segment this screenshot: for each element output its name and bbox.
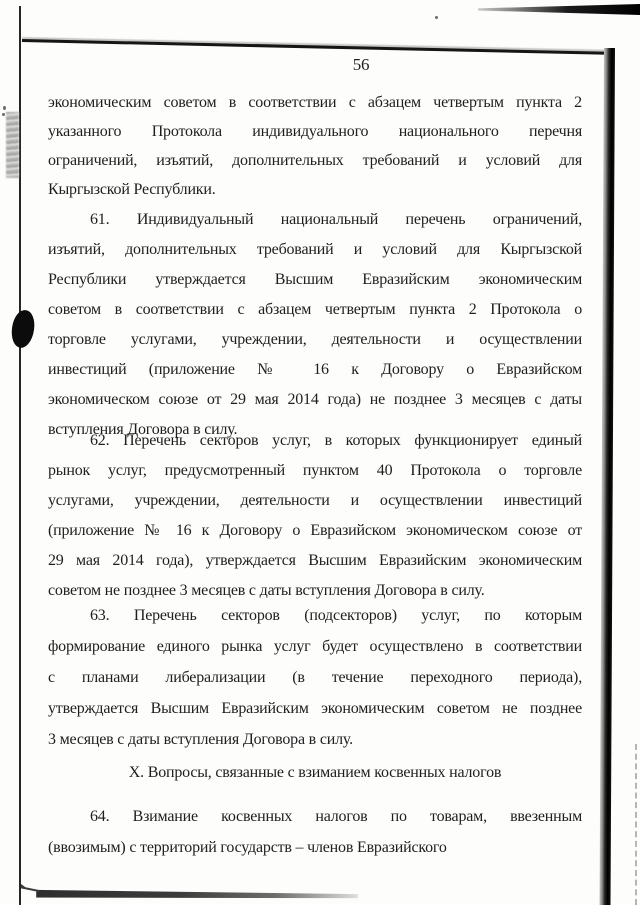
text-line: рынок услуг, предусмотренный пунктом 40 … [48,456,582,486]
text-line: 63. Перечень секторов (подсекторов) услу… [48,600,582,631]
scan-mark-top-right [478,3,640,15]
text-line: утверждается Высшим Евразийским экономич… [48,693,582,724]
scan-smudge-bottom [36,889,358,900]
scan-smudge-left [6,112,19,178]
paragraph-64: 64. Взимание косвенных налогов по товара… [48,801,582,863]
page-edge-right-line [600,48,615,905]
text-line: 62. Перечень секторов услуг, в которых ф… [48,426,582,456]
scan-speck [435,16,438,19]
text-line: экономическим советом в соответствии с а… [48,88,582,117]
text-line: экономическом союзе от 29 мая 2014 года)… [48,385,582,415]
text-line: изъятий, дополнительных требований и усл… [48,235,582,265]
text-line: (ввозимым) с территорий государств – чле… [48,832,582,863]
page-edge-left-line [19,6,21,905]
text-line: 61. Индивидуальный национальный перечень… [48,205,582,235]
text-line: формирование единого рынка услуг будет о… [48,631,582,662]
ink-blot [9,309,36,350]
text-line: 64. Взимание косвенных налогов по товара… [48,801,582,832]
text-line: Кыргызской Республики. [48,175,582,204]
text-line: 3 месяцев с даты вступления Договора в с… [48,724,582,755]
page-edge-top-line [22,39,614,55]
text-line: ограничений, изъятий, дополнительных тре… [48,146,582,175]
text-line: Республики утверждается Высшим Евразийск… [48,265,582,295]
scan-dotted-line-right [635,744,637,905]
text-line: инвестиций (приложение № 16 к Договору о… [48,355,582,385]
scan-speck [2,113,5,116]
paragraph-63: 63. Перечень секторов (подсекторов) услу… [48,600,582,755]
page-number: 56 [48,55,628,75]
text-line: услугами, учреждении, деятельности и осу… [48,486,582,516]
section-heading: X. Вопросы, связанные с взиманием косвен… [48,760,582,786]
scan-speck [3,106,6,110]
text-line: с планами либерализации (в течение перех… [48,662,582,693]
text-line: (приложение № 16 к Договору о Евразийско… [48,516,582,546]
scan-smudge-bottom-hook [21,884,39,892]
text-line: 29 мая 2014 года), утверждается Высшим Е… [48,546,582,576]
paragraph-60-continuation: экономическим советом в соответствии с а… [48,88,582,204]
paragraph-62: 62. Перечень секторов услуг, в которых ф… [48,426,582,606]
paragraph-61: 61. Индивидуальный национальный перечень… [48,205,582,445]
text-line: советом в соответствии с абзацем четверт… [48,295,582,325]
text-line: указанного Протокола индивидуального нац… [48,117,582,146]
text-line: торговле услугами, учреждении, деятельно… [48,325,582,355]
